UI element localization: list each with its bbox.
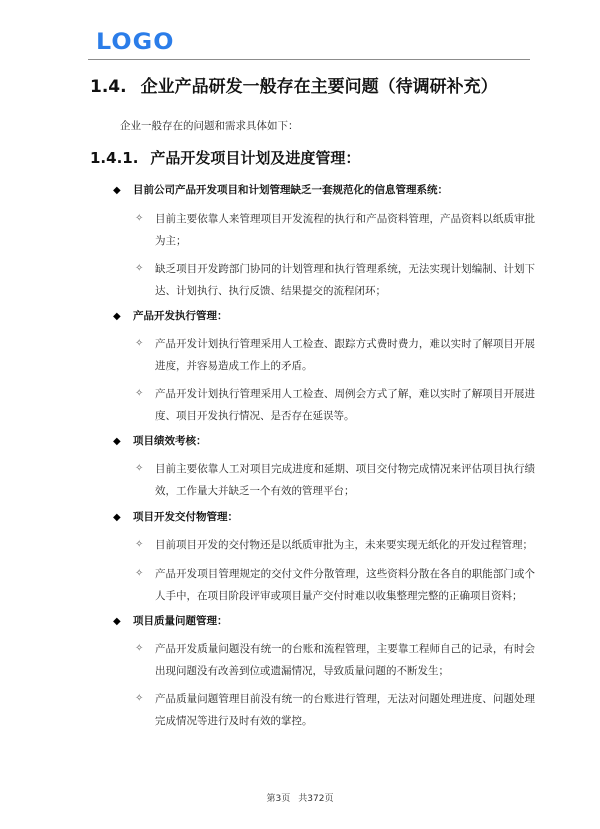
bullet-heading: ◆项目绩效考核： xyxy=(113,434,207,449)
list-item-text: 产品开发质量问题没有统一的台账和流程管理，主要靠工程师自己的记录，有时会出现问题… xyxy=(155,638,535,682)
page-total: 共372页 xyxy=(298,794,333,804)
bullet-heading-text: 项目质量问题管理： xyxy=(133,615,228,627)
list-item-text: 产品开发计划执行管理采用人工检查、周例会方式了解，难以实时了解项目开展进度、项目… xyxy=(155,383,535,427)
hollow-star-bullet-icon: ✧ xyxy=(135,333,149,355)
list-item: ✧ 产品开发质量问题没有统一的台账和流程管理，主要靠工程师自己的记录，有时会出现… xyxy=(135,638,535,682)
diamond-bullet-icon: ◆ xyxy=(113,184,127,198)
bullet-heading-text: 项目绩效考核： xyxy=(133,435,207,447)
diamond-bullet-icon: ◆ xyxy=(113,435,127,449)
hollow-star-bullet-icon: ✧ xyxy=(135,258,149,280)
hollow-star-bullet-icon: ✧ xyxy=(135,563,149,585)
list-item-text: 目前主要依靠人来管理项目开发流程的执行和产品资料管理，产品资料以纸质审批为主； xyxy=(155,208,535,252)
diamond-bullet-icon: ◆ xyxy=(113,615,127,629)
page-number: 第3页 xyxy=(267,794,291,804)
header-divider xyxy=(88,59,530,60)
subsection-number: 1.4.1. xyxy=(90,149,138,167)
bullet-heading-text: 目前公司产品开发项目和计划管理缺乏一套规范化的信息管理系统： xyxy=(133,184,448,196)
bullet-heading: ◆目前公司产品开发项目和计划管理缺乏一套规范化的信息管理系统： xyxy=(113,183,448,198)
list-item-text: 产品质量问题管理目前没有统一的台账进行管理，无法对问题处理进度、问题处理完成情况… xyxy=(155,688,535,732)
list-item-text: 产品开发项目管理规定的交付文件分散管理，这些资料分散在各自的职能部门或个人手中，… xyxy=(155,563,535,607)
subsection-heading: 1.4.1.产品开发项目计划及进度管理： xyxy=(90,148,360,168)
list-item: ✧ 产品质量问题管理目前没有统一的台账进行管理，无法对问题处理进度、问题处理完成… xyxy=(135,688,535,732)
hollow-star-bullet-icon: ✧ xyxy=(135,208,149,230)
section-intro: 企业一般存在的问题和需求具体如下： xyxy=(120,119,299,133)
list-item: ✧ 目前主要依靠人来管理项目开发流程的执行和产品资料管理，产品资料以纸质审批为主… xyxy=(135,208,535,252)
section-title: 企业产品研发一般存在主要问题（待调研补充） xyxy=(141,77,498,97)
hollow-star-bullet-icon: ✧ xyxy=(135,688,149,710)
page-footer: 第3页共372页 xyxy=(0,793,600,805)
list-item: ✧ 产品开发计划执行管理采用人工检查、跟踪方式费时费力，难以实时了解项目开展进度… xyxy=(135,333,535,377)
hollow-star-bullet-icon: ✧ xyxy=(135,458,149,480)
bullet-heading: ◆产品开发执行管理： xyxy=(113,309,228,324)
list-item: ✧ 目前项目开发的交付物还是以纸质审批为主，未来要实现无纸化的开发过程管理； xyxy=(135,534,535,556)
list-item-text: 目前项目开发的交付物还是以纸质审批为主，未来要实现无纸化的开发过程管理； xyxy=(155,534,535,556)
list-item-text: 产品开发计划执行管理采用人工检查、跟踪方式费时费力，难以实时了解项目开展进度，并… xyxy=(155,333,535,377)
list-item: ✧ 目前主要依靠人工对项目完成进度和延期、项目交付物完成情况来评估项目执行绩效，… xyxy=(135,458,535,502)
bullet-heading-text: 项目开发交付物管理： xyxy=(133,511,238,523)
bullet-heading: ◆项目开发交付物管理： xyxy=(113,510,238,525)
diamond-bullet-icon: ◆ xyxy=(113,310,127,324)
list-item-text: 目前主要依靠人工对项目完成进度和延期、项目交付物完成情况来评估项目执行绩效，工作… xyxy=(155,458,535,502)
list-item: ✧ 产品开发项目管理规定的交付文件分散管理，这些资料分散在各自的职能部门或个人手… xyxy=(135,563,535,607)
section-number: 1.4. xyxy=(90,77,127,97)
document-page: LOGO 1.4.企业产品研发一般存在主要问题（待调研补充） 企业一般存在的问题… xyxy=(0,0,600,829)
diamond-bullet-icon: ◆ xyxy=(113,511,127,525)
list-item: ✧ 产品开发计划执行管理采用人工检查、周例会方式了解，难以实时了解项目开展进度、… xyxy=(135,383,535,427)
logo: LOGO xyxy=(96,31,175,55)
subsection-title: 产品开发项目计划及进度管理： xyxy=(150,149,360,167)
bullet-heading-text: 产品开发执行管理： xyxy=(133,310,228,322)
list-item-text: 缺乏项目开发跨部门协同的计划管理和执行管理系统，无法实现计划编制、计划下达、计划… xyxy=(155,258,535,302)
hollow-star-bullet-icon: ✧ xyxy=(135,534,149,556)
hollow-star-bullet-icon: ✧ xyxy=(135,638,149,660)
list-item: ✧ 缺乏项目开发跨部门协同的计划管理和执行管理系统，无法实现计划编制、计划下达、… xyxy=(135,258,535,302)
hollow-star-bullet-icon: ✧ xyxy=(135,383,149,405)
section-heading: 1.4.企业产品研发一般存在主要问题（待调研补充） xyxy=(90,76,498,98)
bullet-heading: ◆项目质量问题管理： xyxy=(113,614,228,629)
